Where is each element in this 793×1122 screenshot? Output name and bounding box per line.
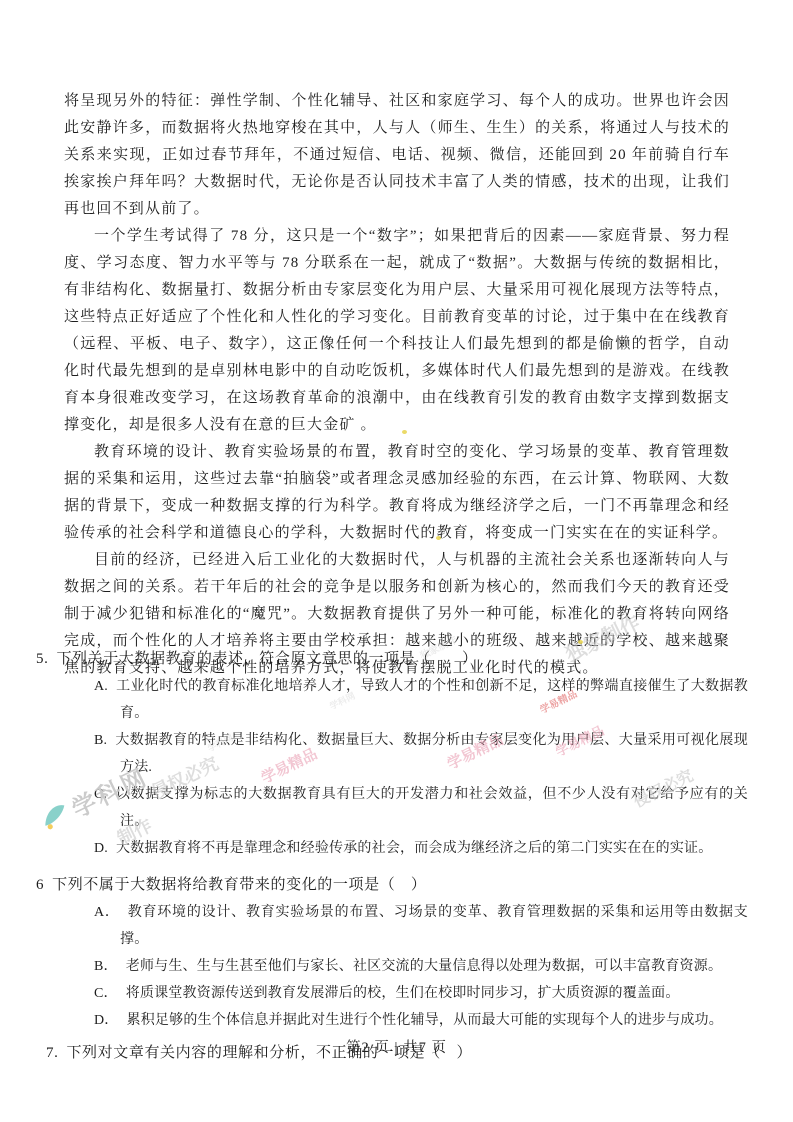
questions-section: 5.下列关于大数据教育的表述，符合原文意思的一项是（ ） A.工业化时代的教育标… (36, 646, 748, 1067)
option-text: 工业化时代的教育标准化地培养人才，导致人才的个性和创新不足，这样的弊端直接催生了… (116, 679, 748, 721)
question-6: 6下列不属于大数据将给教育带来的变化的一项是（ ） A．教育环境的设计、教育实验… (36, 872, 748, 1034)
option-d: D．累积足够的生个体信息并据此对生进行个性化辅导，从而最大可能的实现每个人的进步… (94, 1007, 748, 1034)
option-text: 累积足够的生个体信息并据此对生进行个性化辅导，从而最大可能的实现每个人的进步与成… (127, 1013, 723, 1028)
option-label: D. (94, 841, 108, 856)
option-b: B．老师与生、生与生甚至他们与家长、社区交流的大量信息得以处理为数据，可以丰富教… (94, 953, 748, 980)
document-page: 将呈现另外的特征：弹性学制、个性化辅导、社区和家庭学习、每个人的成功。世界也许会… (0, 0, 793, 1122)
option-d: D.大数据教育将不再是靠理念和经验传承的社会，而会成为继经济之后的第二门实实在在… (94, 835, 748, 862)
option-label: C． (94, 986, 118, 1001)
option-text: 大数据教育的特点是非结构化、数据量巨大、数据分析由专家层变化为用户层、大量采用可… (115, 733, 748, 775)
option-text: 大数据教育将不再是靠理念和经验传承的社会，而会成为继经济之后的第二门实实在在的实… (116, 841, 712, 856)
question-stem: 6下列不属于大数据将给教育带来的变化的一项是（ ） (36, 872, 748, 899)
question-number: 6 (36, 877, 44, 893)
page-number: 第2 页 | 共7 页 (0, 1036, 793, 1057)
option-a: A.工业化时代的教育标准化地培养人才，导致人才的个性和创新不足，这样的弊端直接催… (94, 673, 748, 727)
option-label: D． (94, 1013, 119, 1028)
question-stem-text: 下列不属于大数据将给教育带来的变化的一项是（ ） (52, 877, 426, 893)
question-number: 5. (36, 651, 48, 667)
question-stem-text: 下列关于大数据教育的表述，符合原文意思的一项是（ ） (56, 651, 477, 667)
option-label: C. (94, 787, 107, 802)
question-5: 5.下列关于大数据教育的表述，符合原文意思的一项是（ ） A.工业化时代的教育标… (36, 646, 748, 862)
option-label: A． (94, 905, 120, 920)
article-body: 将呈现另外的特征：弹性学制、个性化辅导、社区和家庭学习、每个人的成功。世界也许会… (64, 88, 730, 682)
question-stem: 5.下列关于大数据教育的表述，符合原文意思的一项是（ ） (36, 646, 748, 673)
option-text: 教育环境的设计、教育实验场景的布置、习场景的变革、教育管理数据的采集和运用等由数… (120, 905, 748, 947)
option-label: A. (94, 679, 108, 694)
option-b: B.大数据教育的特点是非结构化、数据量巨大、数据分析由专家层变化为用户层、大量采… (94, 727, 748, 781)
option-c: C．将质课堂教资源传送到教育发展滞后的校，生们在校即时同步习，扩大质资源的覆盖面… (94, 980, 748, 1007)
option-text: 老师与生、生与生甚至他们与家长、社区交流的大量信息得以处理为数据，可以丰富教育资… (126, 959, 722, 974)
option-a: A．教育环境的设计、教育实验场景的布置、习场景的变革、教育管理数据的采集和运用等… (94, 899, 748, 953)
option-label: B． (94, 959, 118, 974)
option-label: B. (94, 733, 107, 748)
paragraph: 一个学生考试得了 78 分，这只是一个“数字”；如果把背后的因素——家庭背景、努… (64, 223, 730, 439)
paragraph: 将呈现另外的特征：弹性学制、个性化辅导、社区和家庭学习、每个人的成功。世界也许会… (64, 88, 730, 223)
option-c: C.以数据支撑为标志的大数据教育具有巨大的开发潜力和社会效益，但不少人没有对它给… (94, 781, 748, 835)
paragraph: 教育环境的设计、教育实验场景的布置，教育时空的变化、学习场景的变革、教育管理数据… (64, 439, 730, 547)
option-text: 将质课堂教资源传送到教育发展滞后的校，生们在校即时同步习，扩大质资源的覆盖面。 (126, 986, 680, 1001)
option-text: 以数据支撑为标志的大数据教育具有巨大的开发潜力和社会效益，但不少人没有对它给予应… (115, 787, 748, 829)
